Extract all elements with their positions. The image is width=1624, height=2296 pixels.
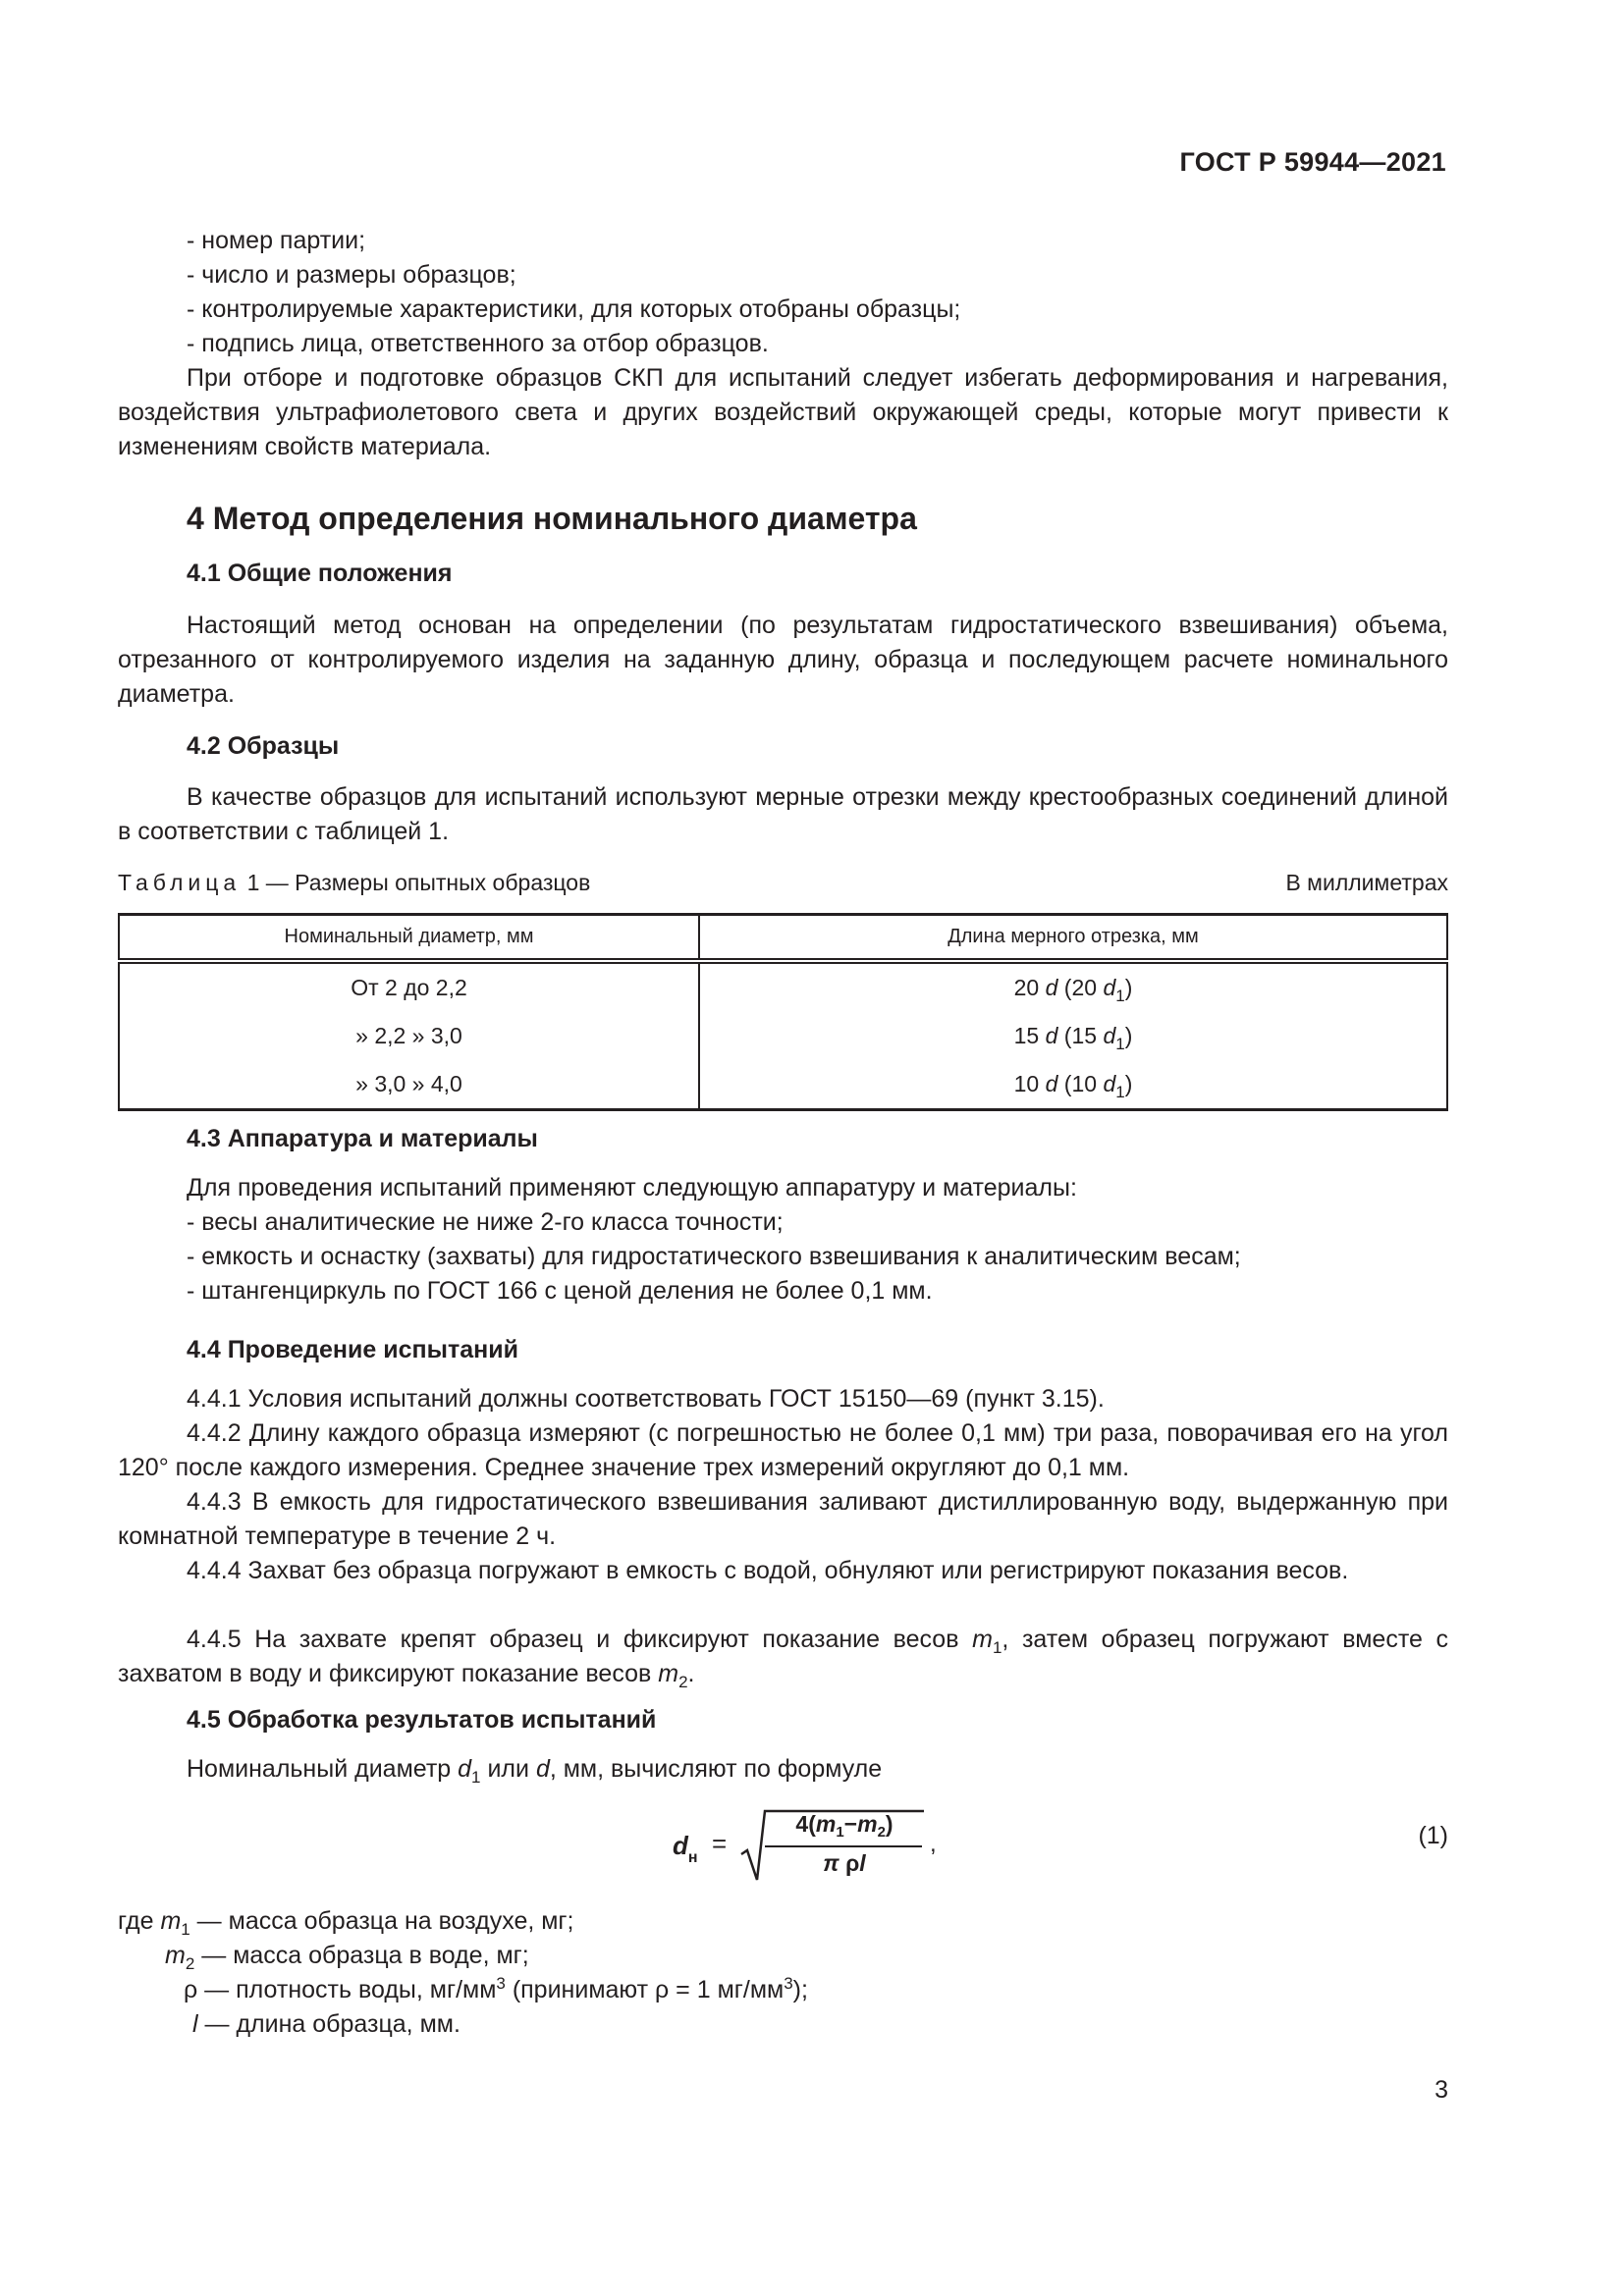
where-item-l: l — длина образца, мм. [192,2007,460,2042]
paragraph-4-4-3: 4.4.3 В емкость для гидростатического вз… [118,1485,1448,1554]
cell-length: 20 d (20 d1) [699,961,1447,1012]
subsection-title-4-2: 4.2 Образцы [187,732,339,761]
p5-text-a: 4.4.5 На захвате крепят образец и фиксир… [187,1626,972,1653]
where-text: — масса образца в воде, мг; [194,1942,528,1969]
formula-numerator: 4(m1−m2) [771,1811,918,1838]
intro-paragraph: При отборе и подготовке образцов СКП для… [118,361,1448,464]
list-item: - контролируемые характеристики, для кот… [187,293,960,327]
var-d: d [536,1755,550,1783]
p45-text-b: или [481,1755,536,1783]
len-num: 15 [1014,1023,1040,1048]
column-header-diameter: Номинальный диаметр, мм [119,915,699,962]
table-header-row: Номинальный диаметр, мм Длина мерного от… [119,915,1447,962]
paragraph-4-1-text: Настоящий метод основан на определении (… [118,612,1448,708]
table-units: В миллиметрах [1080,870,1448,896]
where-text-a: — плотность воды, мг/мм [197,1976,496,2003]
where-sub: 1 [181,1920,189,1939]
len-paren-var: d [1103,1023,1115,1048]
p45-text-c: , мм, вычисляют по формуле [550,1755,882,1783]
where-sym: m [165,1942,186,1969]
column-header-length: Длина мерного отрезка, мм [699,915,1447,962]
where-sub: 2 [186,1954,194,1973]
p45-text-a: Номинальный диаметр [187,1755,458,1783]
num-m1: m [816,1811,836,1837]
list-item: - штангенциркуль по ГОСТ 166 с ценой дел… [187,1274,933,1308]
paragraph-4-4-5: 4.4.5 На захвате крепят образец и фиксир… [118,1623,1448,1691]
paragraph-4-4-3-text: 4.4.3 В емкость для гидростатического вз… [118,1488,1448,1550]
where-text-c: ); [793,1976,808,2003]
subsection-title-4-5: 4.5 Обработка результатов испытаний [187,1706,656,1735]
sample-sizes-table: Номинальный диаметр, мм Длина мерного от… [118,913,1448,1111]
num-minus: − [844,1811,857,1837]
len-num: 20 [1014,975,1040,1000]
num-m2-sub: 2 [878,1824,886,1841]
list-item: - весы аналитические не ниже 2-го класса… [187,1205,784,1240]
where-sup-b: 3 [784,1974,792,1993]
formula-equals: = [712,1829,727,1859]
where-sym: m [160,1907,181,1935]
len-var: d [1046,1023,1058,1048]
var-m1-sub: 1 [993,1638,1001,1657]
len-var: d [1046,1071,1058,1096]
subsection-title-4-4: 4.4 Проведение испытаний [187,1336,518,1364]
cell-length: 10 d (10 d1) [699,1060,1447,1110]
den-rho: ρ [845,1850,859,1876]
paragraph-4-5: Номинальный диаметр d1 или d, мм, вычисл… [187,1752,882,1787]
table-row: » 3,0 » 4,0 10 d (10 d1) [119,1060,1447,1110]
where-text: — масса образца на воздухе, мг; [190,1907,574,1935]
paragraph-4-2: В качестве образцов для испытаний исполь… [118,780,1448,849]
den-l: l [859,1850,865,1876]
cell-diameter: » 3,0 » 4,0 [119,1060,699,1110]
intro-paragraph-text: При отборе и подготовке образцов СКП для… [118,364,1448,460]
formula-lhs: dн [673,1831,698,1861]
paragraph-4-4-4: 4.4.4 Захват без образца погружают в емк… [118,1554,1448,1588]
paragraph-4-3-intro: Для проведения испытаний применяют следу… [187,1171,1077,1205]
where-text: — длина образца, мм. [198,2010,460,2038]
list-item: - емкость и оснастку (захваты) для гидро… [187,1240,1241,1274]
den-pi: π [823,1850,839,1876]
where-prefix: где [118,1907,160,1935]
where-item-m2: m2 — масса образца в воде, мг; [165,1939,529,1973]
var-d1: d [458,1755,471,1783]
paragraph-4-4-2-text: 4.4.2 Длину каждого образца измеряют (с … [118,1419,1448,1481]
paragraph-4-1: Настоящий метод основан на определении (… [118,609,1448,712]
document-page: ГОСТ Р 59944—2021 - номер партии; - числ… [0,0,1624,2296]
fraction-bar [765,1845,922,1847]
formula-denominator: π ρl [771,1850,918,1877]
paragraph-4-4-1: 4.4.1 Условия испытаний должны соответст… [118,1382,1448,1416]
cell-length: 15 d (15 d1) [699,1012,1447,1060]
table-row: От 2 до 2,2 20 d (20 d1) [119,961,1447,1012]
len-paren-num: 15 [1071,1023,1097,1048]
list-item: - число и размеры образцов; [187,258,516,293]
table-caption-word: Таблица [118,870,241,895]
var-d1-sub: 1 [471,1768,480,1787]
len-var: d [1046,975,1058,1000]
formula-number: (1) [1375,1822,1448,1850]
list-item: - номер партии; [187,224,365,258]
len-sub: 1 [1115,987,1124,1005]
where-item-m1: где m1 — масса образца на воздухе, мг; [118,1904,574,1939]
cell-diameter: » 2,2 » 3,0 [119,1012,699,1060]
cell-diameter: От 2 до 2,2 [119,961,699,1012]
where-item-rho: ρ — плотность воды, мг/мм3 (принимают ρ … [184,1973,808,2007]
len-paren-var: d [1103,975,1115,1000]
paragraph-4-4-4-text: 4.4.4 Захват без образца погружают в емк… [187,1557,1348,1584]
where-text-b: (принимают ρ = 1 мг/мм [506,1976,784,2003]
var-m1: m [972,1626,993,1653]
len-paren-num: 10 [1071,1071,1097,1096]
table-caption-text: 1 — Размеры опытных образцов [241,870,590,895]
formula-comma: , [930,1831,937,1858]
formula-lhs-var: d [673,1831,688,1860]
page-number: 3 [1375,2076,1448,2105]
num-m1-sub: 1 [836,1824,843,1841]
paragraph-4-2-text: В качестве образцов для испытаний исполь… [118,783,1448,845]
section-title: 4 Метод определения номинального диаметр… [187,501,917,537]
table-row: » 2,2 » 3,0 15 d (15 d1) [119,1012,1447,1060]
p5-text-c: . [688,1660,695,1687]
document-code: ГОСТ Р 59944—2021 [1080,147,1446,178]
num-m2: m [857,1811,877,1837]
len-num: 10 [1014,1071,1040,1096]
where-sym: ρ [184,1976,197,2003]
num-suffix: ) [886,1811,893,1837]
formula-lhs-sub: н [688,1849,698,1866]
list-item: - подпись лица, ответственного за отбор … [187,327,769,361]
num-prefix: 4( [795,1811,815,1837]
subsection-title-4-1: 4.1 Общие положения [187,560,453,588]
len-paren-var: d [1103,1071,1115,1096]
len-sub: 1 [1115,1035,1124,1053]
len-sub: 1 [1115,1083,1124,1101]
paragraph-4-4-1-text: 4.4.1 Условия испытаний должны соответст… [187,1385,1105,1413]
len-paren-num: 20 [1071,975,1097,1000]
var-m2-sub: 2 [678,1673,687,1691]
table-caption: Таблица 1 — Размеры опытных образцов [118,870,590,896]
subsection-title-4-3: 4.3 Аппаратура и материалы [187,1125,538,1153]
paragraph-4-4-2: 4.4.2 Длину каждого образца измеряют (с … [118,1416,1448,1485]
where-sup-a: 3 [496,1974,505,1993]
var-m2: m [658,1660,678,1687]
